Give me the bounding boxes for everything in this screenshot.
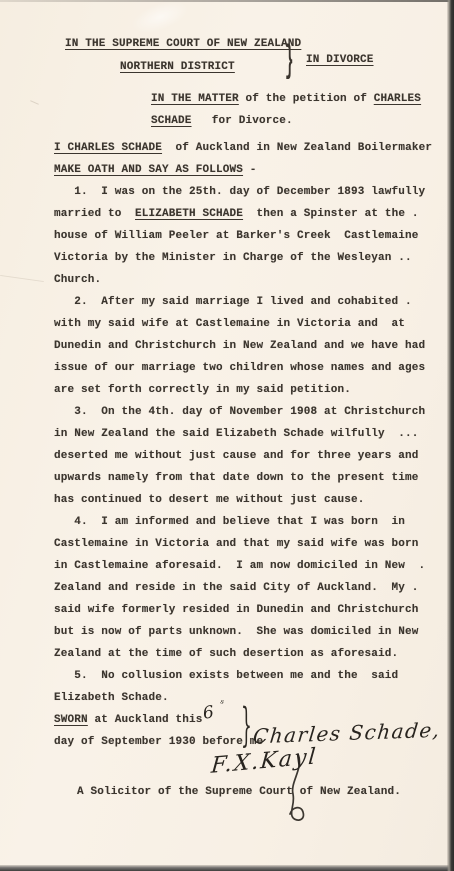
body-line: 2. After my said marriage I lived and co…: [54, 291, 440, 313]
paper-fold-crease: [0, 275, 44, 282]
body-line: Dunedin and Christchurch in New Zealand …: [54, 335, 440, 357]
court-title-line: IN THE SUPREME COURT OF NEW ZEALAND: [65, 38, 301, 50]
body-line: issue of our marriage two children whose…: [54, 357, 440, 379]
body-line: MAKE OATH AND SAY AS FOLLOWS -: [54, 159, 440, 181]
body-line: upwards namely from that date down to th…: [54, 467, 440, 489]
body-line: married to ELIZABETH SCHADE then a Spins…: [54, 203, 440, 225]
body-line: has continued to desert me without just …: [54, 489, 440, 511]
body-line: but is now of parts unknown. She was dom…: [54, 621, 440, 643]
body-line: 4. I am informed and believe that I was …: [54, 511, 440, 533]
body-line: Zealand and reside in the said City of A…: [54, 577, 440, 599]
header-brace-glyph: }: [285, 39, 294, 83]
paper-sheen-streak: [127, 0, 192, 39]
body-line: 1. I was on the 25th. day of December 18…: [54, 181, 440, 203]
affidavit-body: I CHARLES SCHADE of Auckland in New Zeal…: [54, 137, 440, 753]
handwritten-day-number: 6: [202, 702, 216, 723]
body-line: I CHARLES SCHADE of Auckland in New Zeal…: [54, 137, 440, 159]
in-divorce-label: IN DIVORCE: [306, 54, 374, 66]
body-line: in New Zealand the said Elizabeth Schade…: [54, 423, 440, 445]
matter-line-1: IN THE MATTER of the petition of CHARLES: [151, 93, 421, 105]
body-line: in Castlemaine aforesaid. I am now domic…: [54, 555, 440, 577]
body-line: deserted me without just cause and for t…: [54, 445, 440, 467]
body-line: house of William Peeler at Barker's Cree…: [54, 225, 440, 247]
body-line: said wife formerly resided in Dunedin an…: [54, 599, 440, 621]
scanned-affidavit-page: IN THE SUPREME COURT OF NEW ZEALAND NORT…: [0, 0, 454, 871]
body-line: 3. On the 4th. day of November 1908 at C…: [54, 401, 440, 423]
body-line: are set forth correctly in my said petit…: [54, 379, 440, 401]
body-line: with my said wife at Castlemaine in Vict…: [54, 313, 440, 335]
body-line: Castlemaine in Victoria and that my said…: [54, 533, 440, 555]
solicitor-caption-line: A Solicitor of the Supreme Court of New …: [77, 786, 401, 798]
body-line: 5. No collusion exists between me and th…: [54, 665, 440, 687]
scan-edge-top: [0, 0, 454, 2]
body-line: Victoria by the Minister in Charge of th…: [54, 247, 440, 269]
body-line: Church.: [54, 269, 440, 291]
matter-line-2: SCHADE for Divorce.: [151, 115, 293, 127]
body-line: Zealand at the time of such desertion as…: [54, 643, 440, 665]
scan-edge-right: [447, 0, 454, 871]
signature-flourish-stroke: [262, 752, 332, 827]
handwritten-brace: }: [241, 700, 252, 754]
district-line: NORTHERN DISTRICT: [120, 61, 235, 73]
paper-crease-mark: [30, 100, 39, 105]
scan-edge-bottom: [0, 865, 454, 871]
